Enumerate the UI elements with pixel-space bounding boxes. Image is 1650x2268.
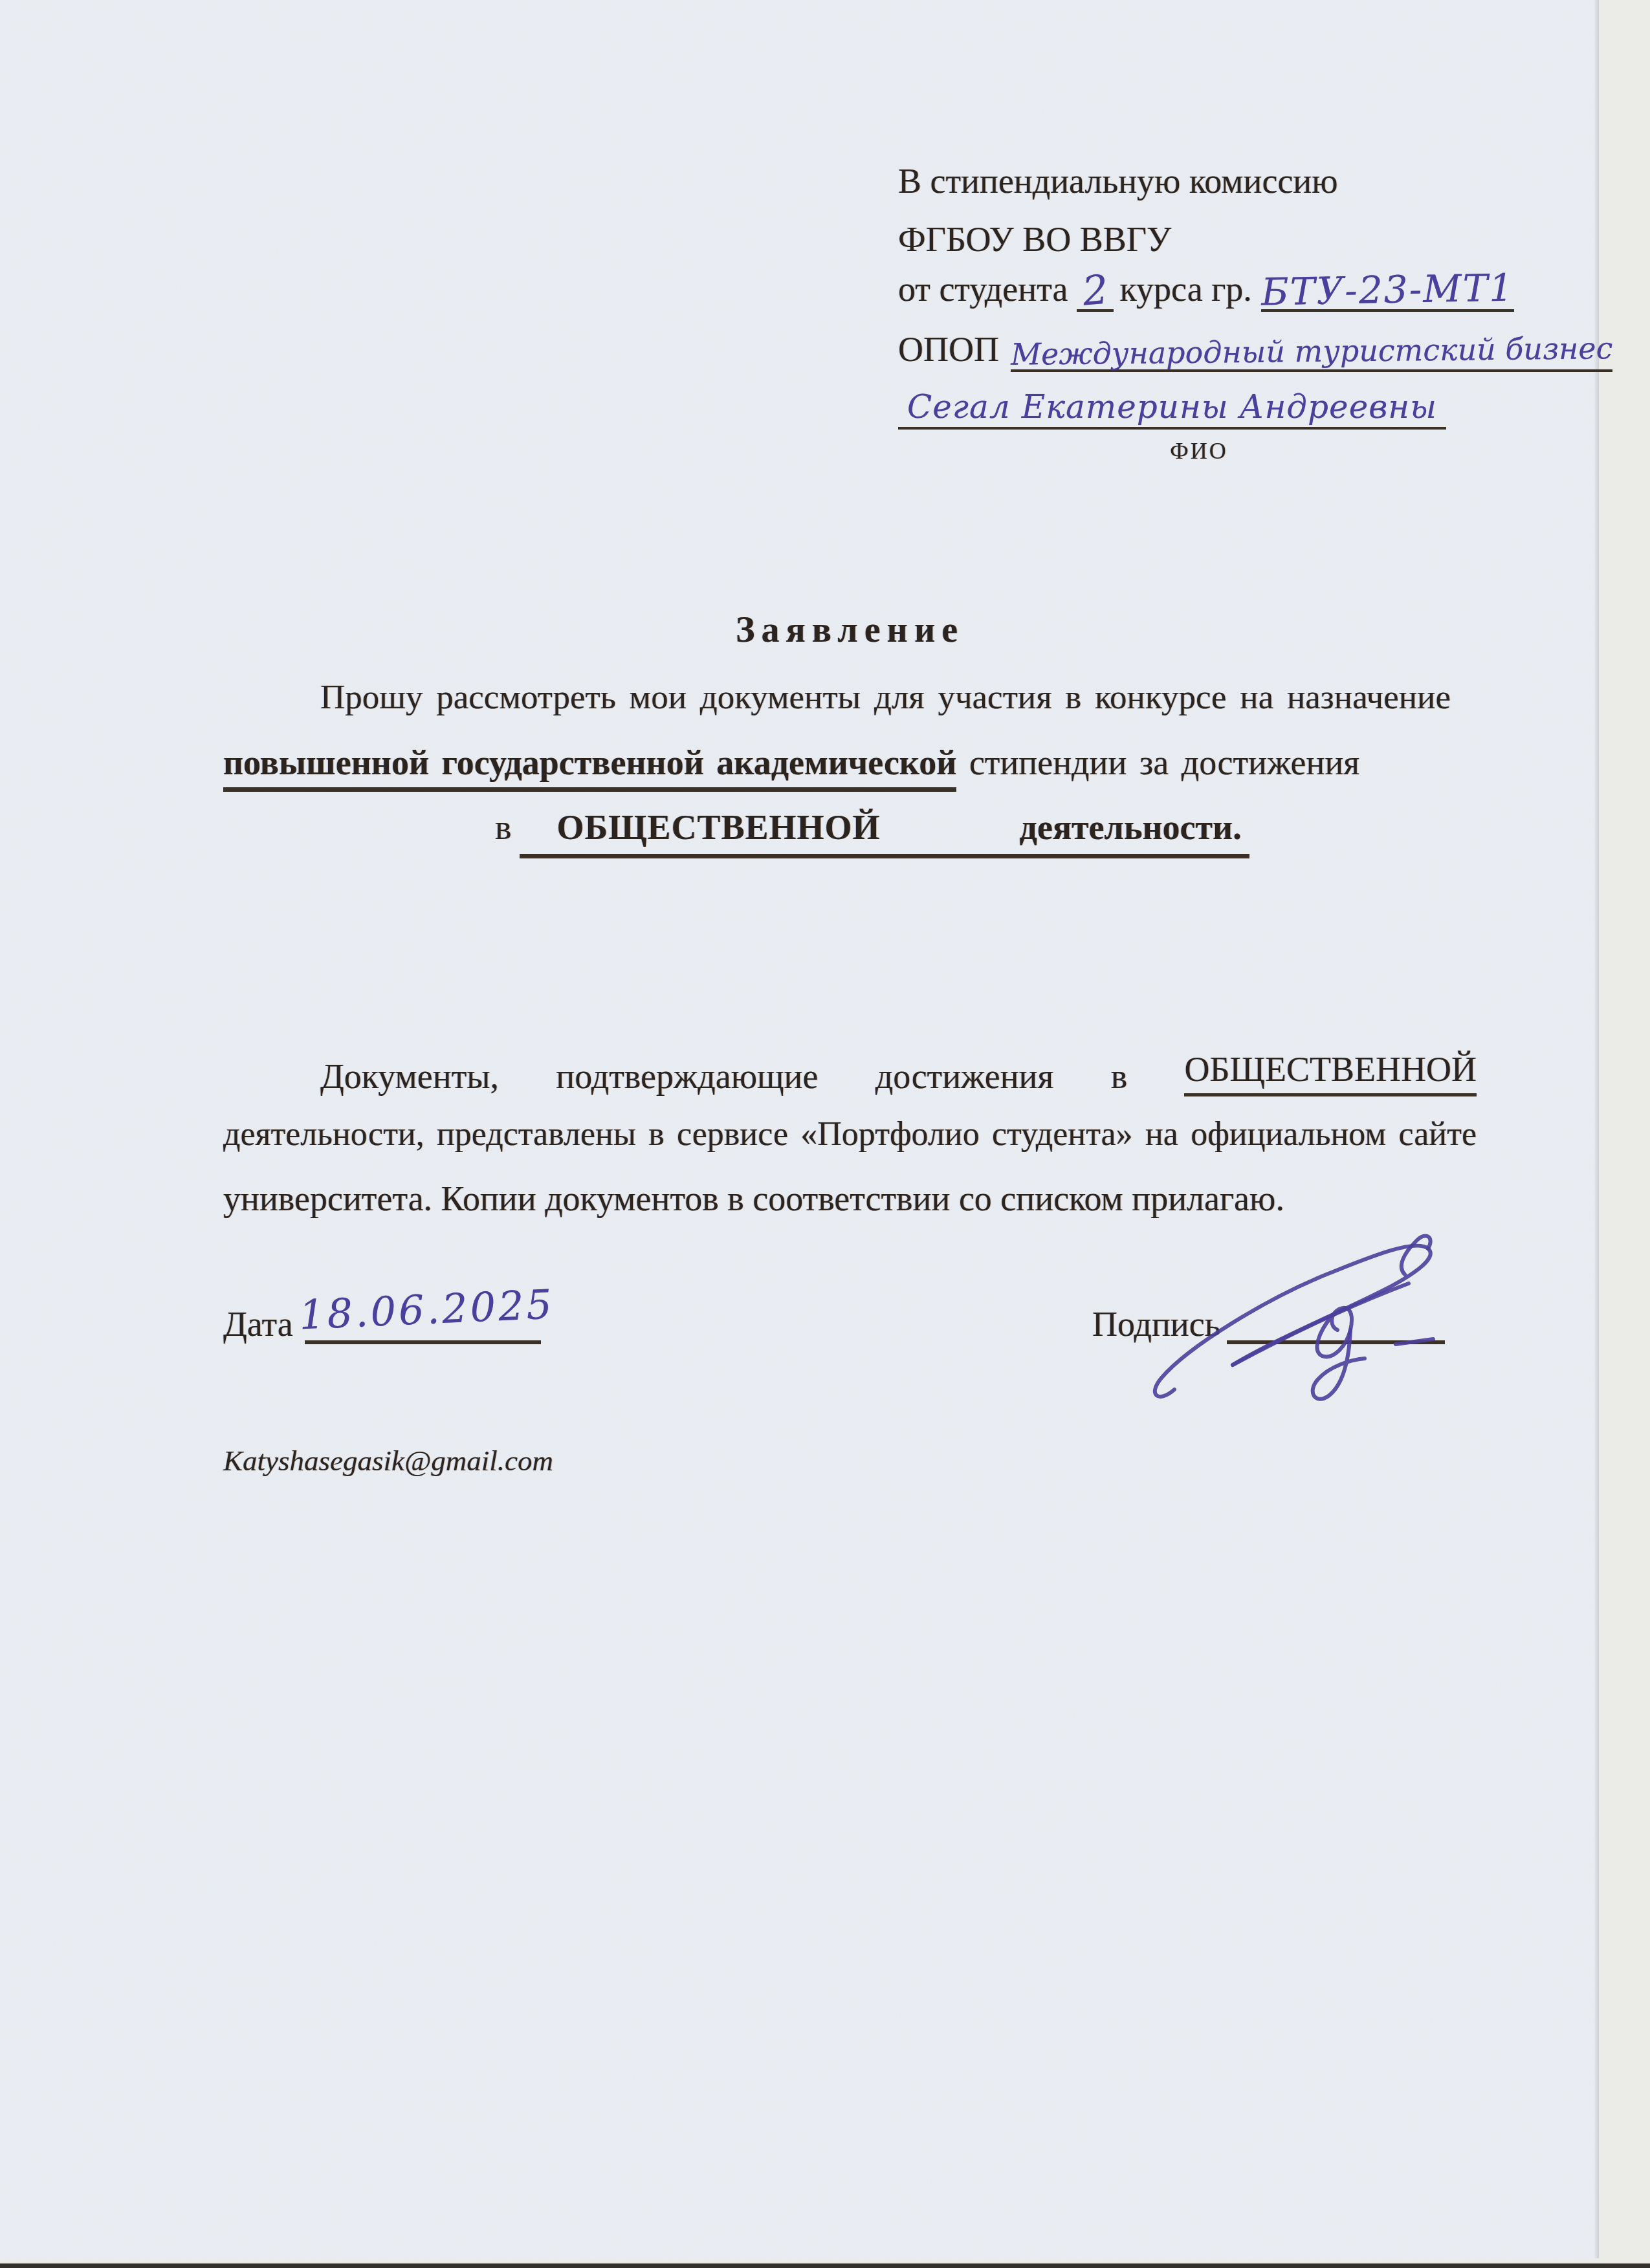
paragraph2-line1: Документы, подтверждающие достижения в О… [223,1049,1477,1096]
activity-suffix-word: деятельности. [1020,807,1242,847]
p2-word-1: Документы, [320,1056,499,1096]
addressee-line-1: В стипендиальную комиссию [898,160,1338,202]
opop-line: ОПОП Международный туристский бизнес [898,327,1517,372]
student-name-handwritten: Сегал Екатерины Андреевны [907,387,1437,427]
signature-scribble [1136,1228,1472,1409]
p2-word-2: подтверждающие [556,1056,818,1096]
course-field: 2 [1077,272,1113,312]
paragraph1-line3: в ОБЩЕСТВЕННОЙ деятельности. [495,807,1249,858]
activity-underlined-field: ОБЩЕСТВЕННОЙ деятельности. [520,807,1249,858]
document-content: В стипендиальную комиссию ФГБОУ ВО ВВГУ … [0,0,1650,2268]
student-name-line: Сегал Екатерины Андреевны [898,387,1446,430]
student-name-field: Сегал Екатерины Андреевны [898,387,1446,430]
p2-word-4: в [1111,1056,1128,1096]
fio-caption: ФИО [898,437,1500,464]
student-course-group-line: от студента 2 курса гр. БТУ-23-МТ1 [898,267,1514,312]
addressee-line-2: ФГБОУ ВО ВВГУ [898,218,1171,261]
course-group-label: курса гр. [1120,267,1252,312]
paragraph1-line2: повышенной государственной академической… [223,743,1359,783]
opop-field: Международный туристский бизнес [1011,333,1612,372]
date-label: Дата [223,1304,293,1344]
p2-activity-word-underlined: ОБЩЕСТВЕННОЙ [1184,1049,1476,1096]
scanned-application-page: В стипендиальную комиссию ФГБОУ ВО ВВГУ … [0,0,1650,2268]
scholarship-type-phrase: повышенной государственной академической [223,743,956,792]
paragraph2-line3: университета. Копии документов в соответ… [223,1179,1284,1219]
preposition-v: в [495,807,512,847]
from-student-label: от студента [898,267,1068,312]
activity-type-word: ОБЩЕСТВЕННОЙ [557,807,881,847]
opop-handwritten-value: Международный туристский бизнес [1011,330,1613,373]
paragraph2-line2: деятельности, представлены в сервисе «По… [223,1115,1477,1153]
opop-label: ОПОП [898,327,999,372]
group-field: БТУ-23-МТ1 [1261,270,1514,312]
group-handwritten-value: БТУ-23-МТ1 [1260,268,1514,312]
paragraph1-line1: Прошу рассмотреть мои документы для учас… [223,678,1451,717]
application-title: Заявление [223,609,1477,651]
course-handwritten-value: 2 [1081,270,1109,310]
email-address: Katyshasegasik@gmail.com [223,1444,553,1477]
activity-gap [881,807,1020,847]
p2-word-3: достижения [875,1056,1053,1096]
paragraph1-line2-rest: стипендии за достижения [956,743,1359,782]
